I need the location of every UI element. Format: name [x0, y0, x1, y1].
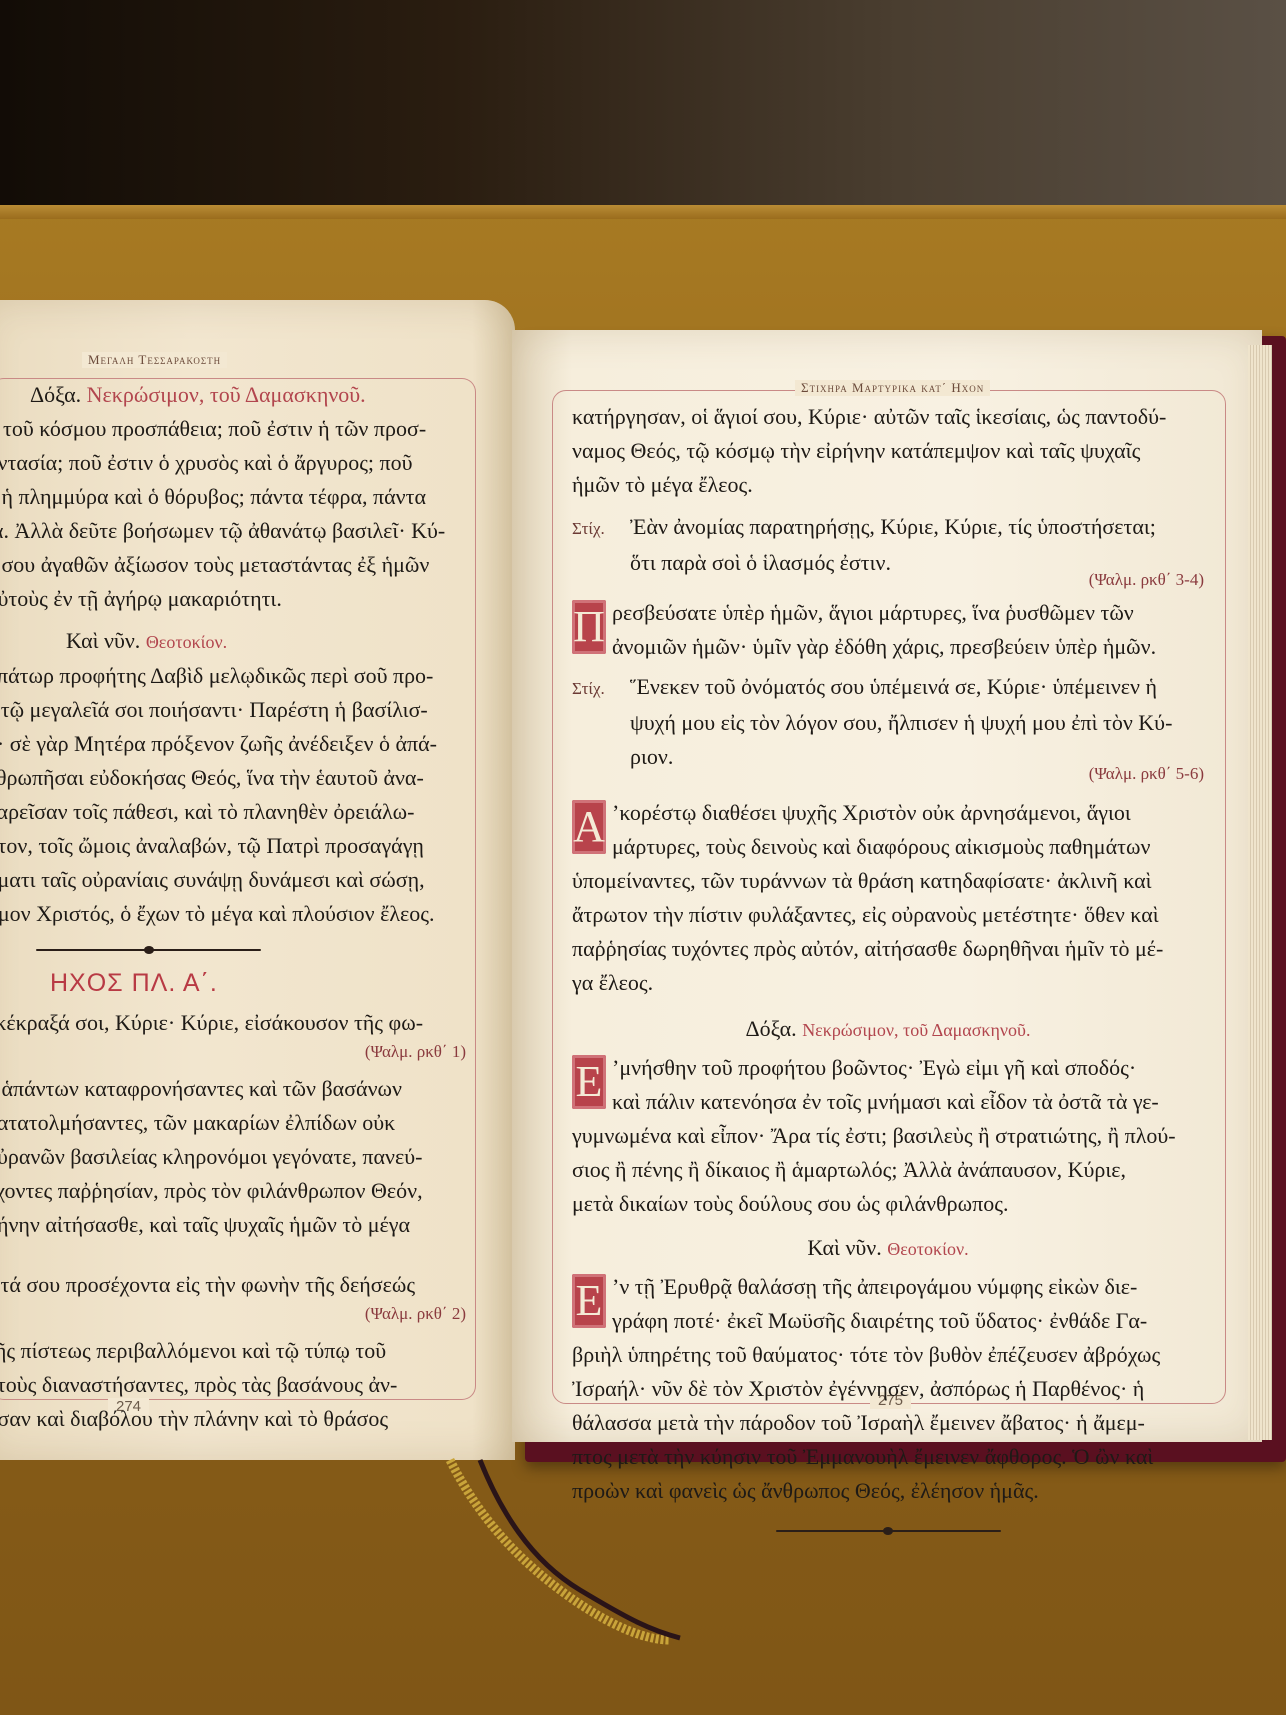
right-page-text: κατήργησαν, οἱ ἅγιοί σου, Κύριε· αὐτῶν τ…	[572, 400, 1204, 1532]
rubric-doxa: Δόξα. Νεκρώσιμον, τοῦ Δαμασκηνοῦ.	[0, 378, 466, 412]
text-line: σμον Χριστός, ὁ ἔχων τὸ μέγα καὶ πλούσιο…	[0, 897, 466, 931]
text-line: ήματι ταῖς οὐρανίαις συνάψῃ δυνάμεσι καὶ…	[0, 863, 466, 897]
text-line: ἐκέκραξά σοι, Κύριε· Κύριε, εἰσάκουσον τ…	[0, 1006, 466, 1040]
psalm-reference: (Ψαλμ. ρκθ΄ 2)	[0, 1302, 466, 1326]
text-line: ἔχοντες παῤῥησίαν, πρὸς τὸν φιλάνθρωπον …	[0, 1174, 466, 1208]
psalm-reference: (Ψαλμ. ρκθ΄ 1)	[0, 1040, 466, 1064]
text-line: υ· σὲ γὰρ Μητέρα πρόξενον ζωῆς ἀνέδειξεν…	[0, 727, 466, 761]
text-line: κατατολμήσαντες, τῶν μακαρίων ἐλπίδων οὐ…	[0, 1106, 466, 1140]
text-line: ρήνην αἰτήσασθε, καὶ ταῖς ψυχαῖς ἡμῶν τὸ…	[0, 1208, 466, 1242]
text-line: ἡμῶν τὸ μέγα ἔλεος.	[572, 468, 1204, 502]
drop-cap-initial: Π	[572, 600, 606, 654]
rubric-kai-nyn: Καὶ νῦν. Θεοτοκίον.	[0, 624, 466, 659]
text-line: αὐτοὺς ἐν τῇ ἀγήρῳ μακαριότητι.	[0, 582, 466, 616]
text-line: ναμος Θεός, τῷ κόσμῳ τὴν εἰρήνην κατάπεμ…	[572, 434, 1204, 468]
verse-stichos-1: Στίχ.Ἐὰν ἀνομίας παρατηρήσῃς, Κύριε, Κύρ…	[572, 510, 1204, 592]
background-wall	[0, 0, 1286, 215]
text-line: νθρωπῆσαι εὐδοκήσας Θεός, ἵνα τὴν ἑαυτοῦ…	[0, 761, 466, 795]
text-line: τῆς πίστεως περιβαλλόμενοι καὶ τῷ τύπῳ τ…	[0, 1334, 466, 1368]
paragraph-presbeusate: Π ρεσβεύσατε ὑπὲρ ἡμῶν, ἅγιοι μάρτυρες, …	[572, 596, 1204, 664]
drop-cap-initial: Ε	[572, 1274, 606, 1328]
verse-stichos-2: Στίχ.Ἕνεκεν τοῦ ὀνόματός σου ὑπέμεινά σε…	[572, 670, 1204, 786]
page-edges	[1248, 345, 1272, 1440]
paragraph-emnisthin: Ε ’μνήσθην τοῦ προφήτου βοῶντος· Ἐγὼ εἰμ…	[572, 1051, 1204, 1221]
ornamental-divider	[36, 949, 261, 951]
text-line: κατήργησαν, οἱ ἅγιοί σου, Κύριε· αὐτῶν τ…	[572, 400, 1204, 434]
stichos-label: Στίχ.	[572, 512, 630, 546]
left-page-text: Δόξα. Νεκρώσιμον, τοῦ Δαμασκηνοῦ. ἡ τοῦ …	[0, 378, 466, 1436]
text-line: ὦτά σου προσέχοντα εἰς τὴν φωνὴν τῆς δεή…	[0, 1268, 466, 1302]
bookmark-ribbons[interactable]	[440, 1440, 780, 1650]
right-running-head: Στιχηρα Μαρτυρικα κατ΄ Ηχον	[795, 380, 990, 396]
ornamental-divider	[776, 1530, 1001, 1532]
text-line: οὐρανῶν βασιλείας κληρονόμοι γεγόνατε, π…	[0, 1140, 466, 1174]
rubric-kai-nyn: Καὶ νῦν. Θεοτοκίον.	[572, 1231, 1204, 1266]
lectern-edge	[0, 205, 1286, 219]
text-line: ε τῷ μεγαλεῖά σοι ποιήσαντι· Παρέστη ἡ β…	[0, 693, 466, 727]
text-line: ν ἁπάντων καταφρονήσαντες καὶ τῶν βασάνω…	[0, 1072, 466, 1106]
text-line: υτοὺς διαναστήσαντες, πρὸς τὰς βασάνους …	[0, 1368, 466, 1402]
drop-cap-initial: Ε	[572, 1055, 606, 1109]
text-line: ν ἡ πλημμύρα καὶ ὁ θόρυβος; πάντα τέφρα,…	[0, 480, 466, 514]
text-line: ν σου ἀγαθῶν ἀξίωσον τοὺς μεταστάντας ἐξ…	[0, 548, 466, 582]
text-line: οπάτωρ προφήτης Δαβὶδ μελῳδικῶς περὶ σοῦ…	[0, 659, 466, 693]
stichos-label: Στίχ.	[572, 672, 630, 706]
rubric-doxa: Δόξα. Νεκρώσιμον, τοῦ Δαμασκηνοῦ.	[572, 1012, 1204, 1047]
tone-heading: ΗΧΟΣ ΠΛ. Α΄.	[0, 969, 466, 998]
text-line: ἡ τοῦ κόσμου προσπάθεια; ποῦ ἐστιν ἡ τῶν…	[0, 412, 466, 446]
drop-cap-initial: Α	[572, 800, 606, 854]
paragraph-akoresto: Α ’κορέστῳ διαθέσει ψυχῆς Χριστὸν οὐκ ἀρ…	[572, 796, 1204, 1000]
left-running-head: Μεγαλη Τεσσαρακοστη	[82, 352, 227, 368]
text-line: θαρεῖσαν τοῖς πάθεσι, καὶ τὸ πλανηθὲν ὀρ…	[0, 795, 466, 829]
text-line: ατον, τοῖς ὤμοις ἀναλαβών, τῷ Πατρὶ προσ…	[0, 829, 466, 863]
text-line: ησαν καὶ διαβόλου τὴν πλάνην καὶ τὸ θράσ…	[0, 1402, 466, 1436]
text-line: αντασία; ποῦ ἐστιν ὁ χρυσὸς καὶ ὁ ἄργυρο…	[0, 446, 466, 480]
text-line: ιά. Ἀλλὰ δεῦτε βοήσωμεν τῷ ἀθανάτῳ βασιλ…	[0, 514, 466, 548]
